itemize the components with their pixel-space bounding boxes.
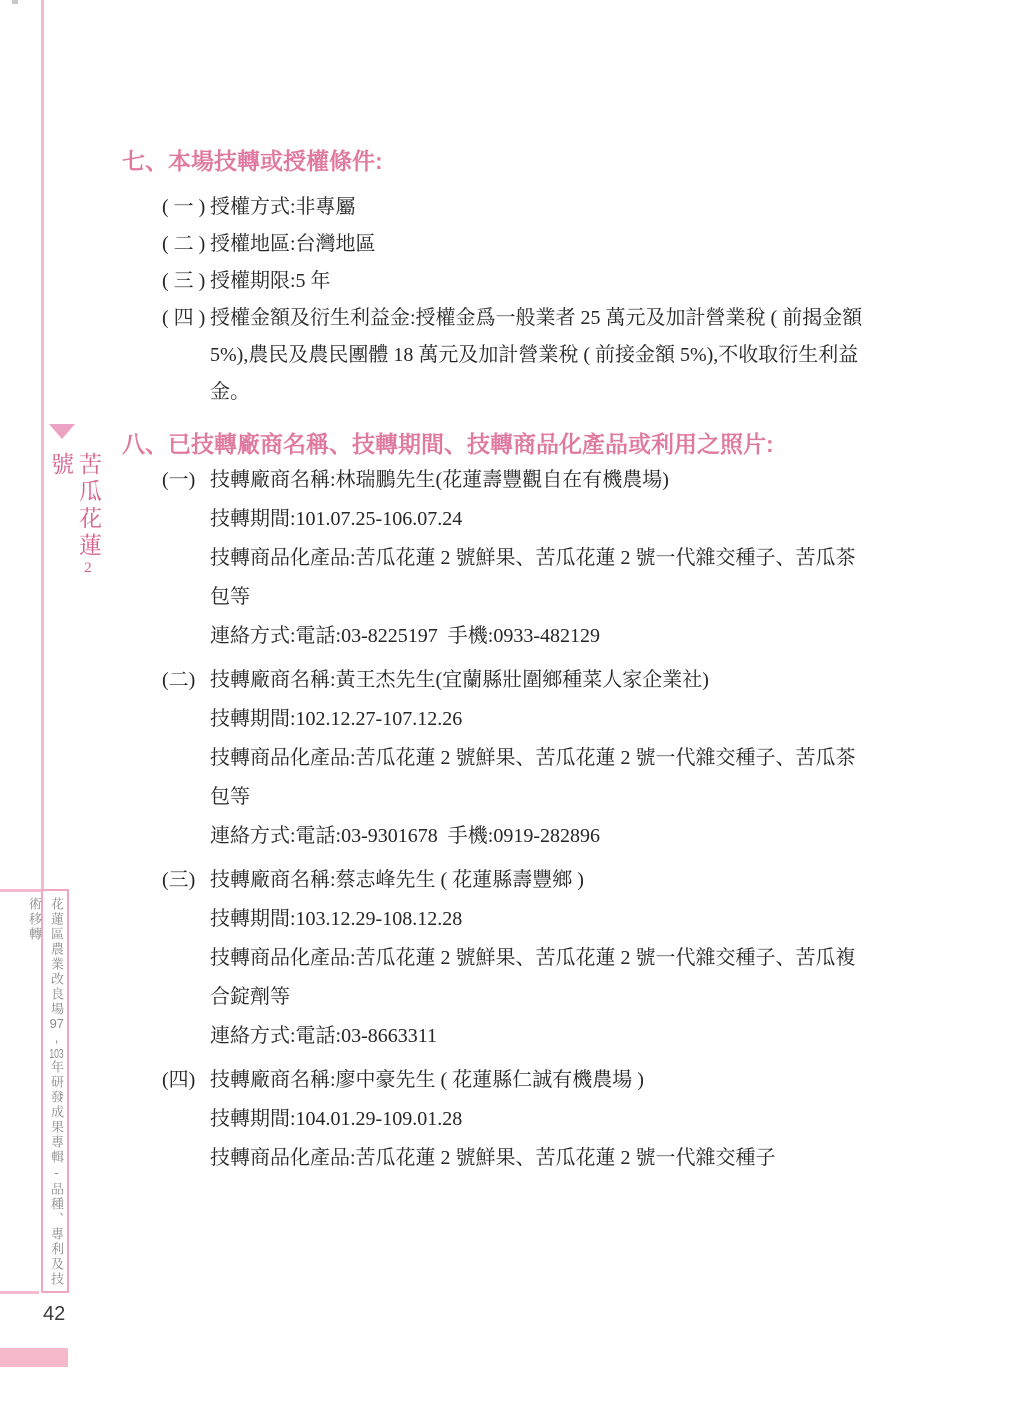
list-item: (四)技轉廠商名稱:廖中豪先生 ( 花蓮縣仁誠有機農場 )技轉期間:104.01… xyxy=(162,1061,856,1178)
publication-segment: , xyxy=(49,1030,64,1047)
item-label: (四) xyxy=(162,1061,210,1100)
item-body: 授權期限:5 年 xyxy=(210,263,862,300)
text-line: 連絡方式:電話:03-9301678 手機:0919-282896 xyxy=(210,817,856,856)
text-line: 技轉廠商名稱:黃王杰先生(宜蘭縣壯圍鄉種菜人家企業社) xyxy=(210,661,856,700)
variety-char: 瓜 xyxy=(76,479,101,506)
item-label: (一) xyxy=(162,461,210,500)
publication-segment: - xyxy=(49,1165,64,1182)
text-line: 包等 xyxy=(210,778,856,817)
item-body: 授權方式:非專屬 xyxy=(210,189,862,226)
publication-vertical-box: 花蓮區農業改良場97,103年研發成果專輯-品種、專利及技術移轉 xyxy=(41,889,69,1293)
triangle-marker-icon xyxy=(49,424,75,439)
text-line: 技轉期間:101.07.25-106.07.24 xyxy=(210,500,856,539)
publication-segment: 花蓮區農業改良場 xyxy=(49,897,64,1017)
publication-text: 花蓮區農業改良場97,103年研發成果專輯-品種、專利及技術移轉 xyxy=(43,891,67,1291)
text-line: 連絡方式:電話:03-8225197 手機:0933-482129 xyxy=(210,617,856,656)
text-line: 技轉期間:104.01.29-109.01.28 xyxy=(210,1100,856,1139)
list-item: ( 一 )授權方式:非專屬 xyxy=(162,189,862,226)
variety-char: 2 xyxy=(80,560,96,580)
list-item: (二)技轉廠商名稱:黃王杰先生(宜蘭縣壯圍鄉種菜人家企業社)技轉期間:102.1… xyxy=(162,661,856,856)
text-line: 技轉商品化產品:苦瓜花蓮 2 號鮮果、苦瓜花蓮 2 號一代雜交種子、苦瓜複 xyxy=(210,939,856,978)
list-item: (一)技轉廠商名稱:林瑞鵬先生(花蓮壽豐觀自在有機農場)技轉期間:101.07.… xyxy=(162,461,856,656)
section-7-heading: 七、本場技轉或授權條件: xyxy=(122,148,383,174)
page-number: 42 xyxy=(43,1303,65,1326)
left-vertical-rule xyxy=(41,0,44,890)
variety-vertical-label: 苦瓜花蓮2號 xyxy=(46,452,102,602)
text-line: 技轉商品化產品:苦瓜花蓮 2 號鮮果、苦瓜花蓮 2 號一代雜交種子、苦瓜茶 xyxy=(210,539,856,578)
text-line: 技轉廠商名稱:廖中豪先生 ( 花蓮縣仁誠有機農場 ) xyxy=(210,1061,856,1100)
item-label: (三) xyxy=(162,861,210,900)
variety-char: 花 xyxy=(76,506,101,533)
text-line: 授權方式:非專屬 xyxy=(210,189,862,226)
text-line: 技轉商品化產品:苦瓜花蓮 2 號鮮果、苦瓜花蓮 2 號一代雜交種子、苦瓜茶 xyxy=(210,739,856,778)
list-item: ( 四 )授權金額及衍生利益金:授權金爲一般業者 25 萬元及加計營業稅 ( 前… xyxy=(162,300,862,411)
variety-char: 苦 xyxy=(76,452,101,479)
text-line: 授權金額及衍生利益金:授權金爲一般業者 25 萬元及加計營業稅 ( 前揭金額 xyxy=(210,300,862,337)
section-8-list: (一)技轉廠商名稱:林瑞鵬先生(花蓮壽豐觀自在有機農場)技轉期間:101.07.… xyxy=(162,461,856,1183)
section-7-list: ( 一 )授權方式:非專屬( 二 )授權地區:台灣地區( 三 )授權期限:5 年… xyxy=(162,189,862,411)
text-line: 連絡方式:電話:03-8663311 xyxy=(210,1017,856,1056)
item-body: 技轉廠商名稱:林瑞鵬先生(花蓮壽豐觀自在有機農場)技轉期間:101.07.25-… xyxy=(210,461,856,656)
item-body: 技轉廠商名稱:廖中豪先生 ( 花蓮縣仁誠有機農場 )技轉期間:104.01.29… xyxy=(210,1061,856,1178)
list-item: ( 二 )授權地區:台灣地區 xyxy=(162,226,862,263)
text-line: 技轉商品化產品:苦瓜花蓮 2 號鮮果、苦瓜花蓮 2 號一代雜交種子 xyxy=(210,1139,856,1178)
text-line: 合錠劑等 xyxy=(210,978,856,1017)
text-line: 金。 xyxy=(210,374,862,411)
sidebar-bottom-rule xyxy=(0,1291,39,1294)
item-body: 技轉廠商名稱:蔡志峰先生 ( 花蓮縣壽豐鄉 )技轉期間:103.12.29-10… xyxy=(210,861,856,1056)
item-label: ( 三 ) xyxy=(162,263,210,300)
text-line: 授權期限:5 年 xyxy=(210,263,862,300)
text-line: 技轉期間:103.12.29-108.12.28 xyxy=(210,900,856,939)
variety-char: 號 xyxy=(48,452,73,479)
document-page: 苦瓜花蓮2號 花蓮區農業改良場97,103年研發成果專輯-品種、專利及技術移轉 … xyxy=(0,0,1024,1418)
item-body: 技轉廠商名稱:黃王杰先生(宜蘭縣壯圍鄉種菜人家企業社)技轉期間:102.12.2… xyxy=(210,661,856,856)
variety-char: 蓮 xyxy=(76,533,101,560)
item-label: ( 一 ) xyxy=(162,189,210,226)
item-body: 授權地區:台灣地區 xyxy=(210,226,862,263)
item-label: (二) xyxy=(162,661,210,700)
text-line: 5%),農民及農民團體 18 萬元及加計營業稅 ( 前接金額 5%),不收取衍生… xyxy=(210,337,862,374)
list-item: ( 三 )授權期限:5 年 xyxy=(162,263,862,300)
item-label: ( 四 ) xyxy=(162,300,210,337)
list-item: (三)技轉廠商名稱:蔡志峰先生 ( 花蓮縣壽豐鄉 )技轉期間:103.12.29… xyxy=(162,861,856,1056)
sidebar-top-rule xyxy=(0,889,43,892)
item-label: ( 二 ) xyxy=(162,226,210,263)
corner-mark xyxy=(12,0,18,4)
text-line: 技轉廠商名稱:蔡志峰先生 ( 花蓮縣壽豐鄉 ) xyxy=(210,861,856,900)
text-line: 包等 xyxy=(210,578,856,617)
text-line: 技轉廠商名稱:林瑞鵬先生(花蓮壽豐觀自在有機農場) xyxy=(210,461,856,500)
text-line: 技轉期間:102.12.27-107.12.26 xyxy=(210,700,856,739)
item-body: 授權金額及衍生利益金:授權金爲一般業者 25 萬元及加計營業稅 ( 前揭金額5%… xyxy=(210,300,862,411)
bottom-pink-bar xyxy=(0,1348,68,1367)
publication-segment: 97 xyxy=(49,1017,64,1030)
publication-segment: 年研發成果專輯 xyxy=(49,1060,64,1165)
text-line: 授權地區:台灣地區 xyxy=(210,226,862,263)
section-8-heading: 八、已技轉廠商名稱、技轉期間、技轉商品化產品或利用之照片: xyxy=(122,431,774,457)
publication-segment: 103 xyxy=(49,1047,64,1060)
